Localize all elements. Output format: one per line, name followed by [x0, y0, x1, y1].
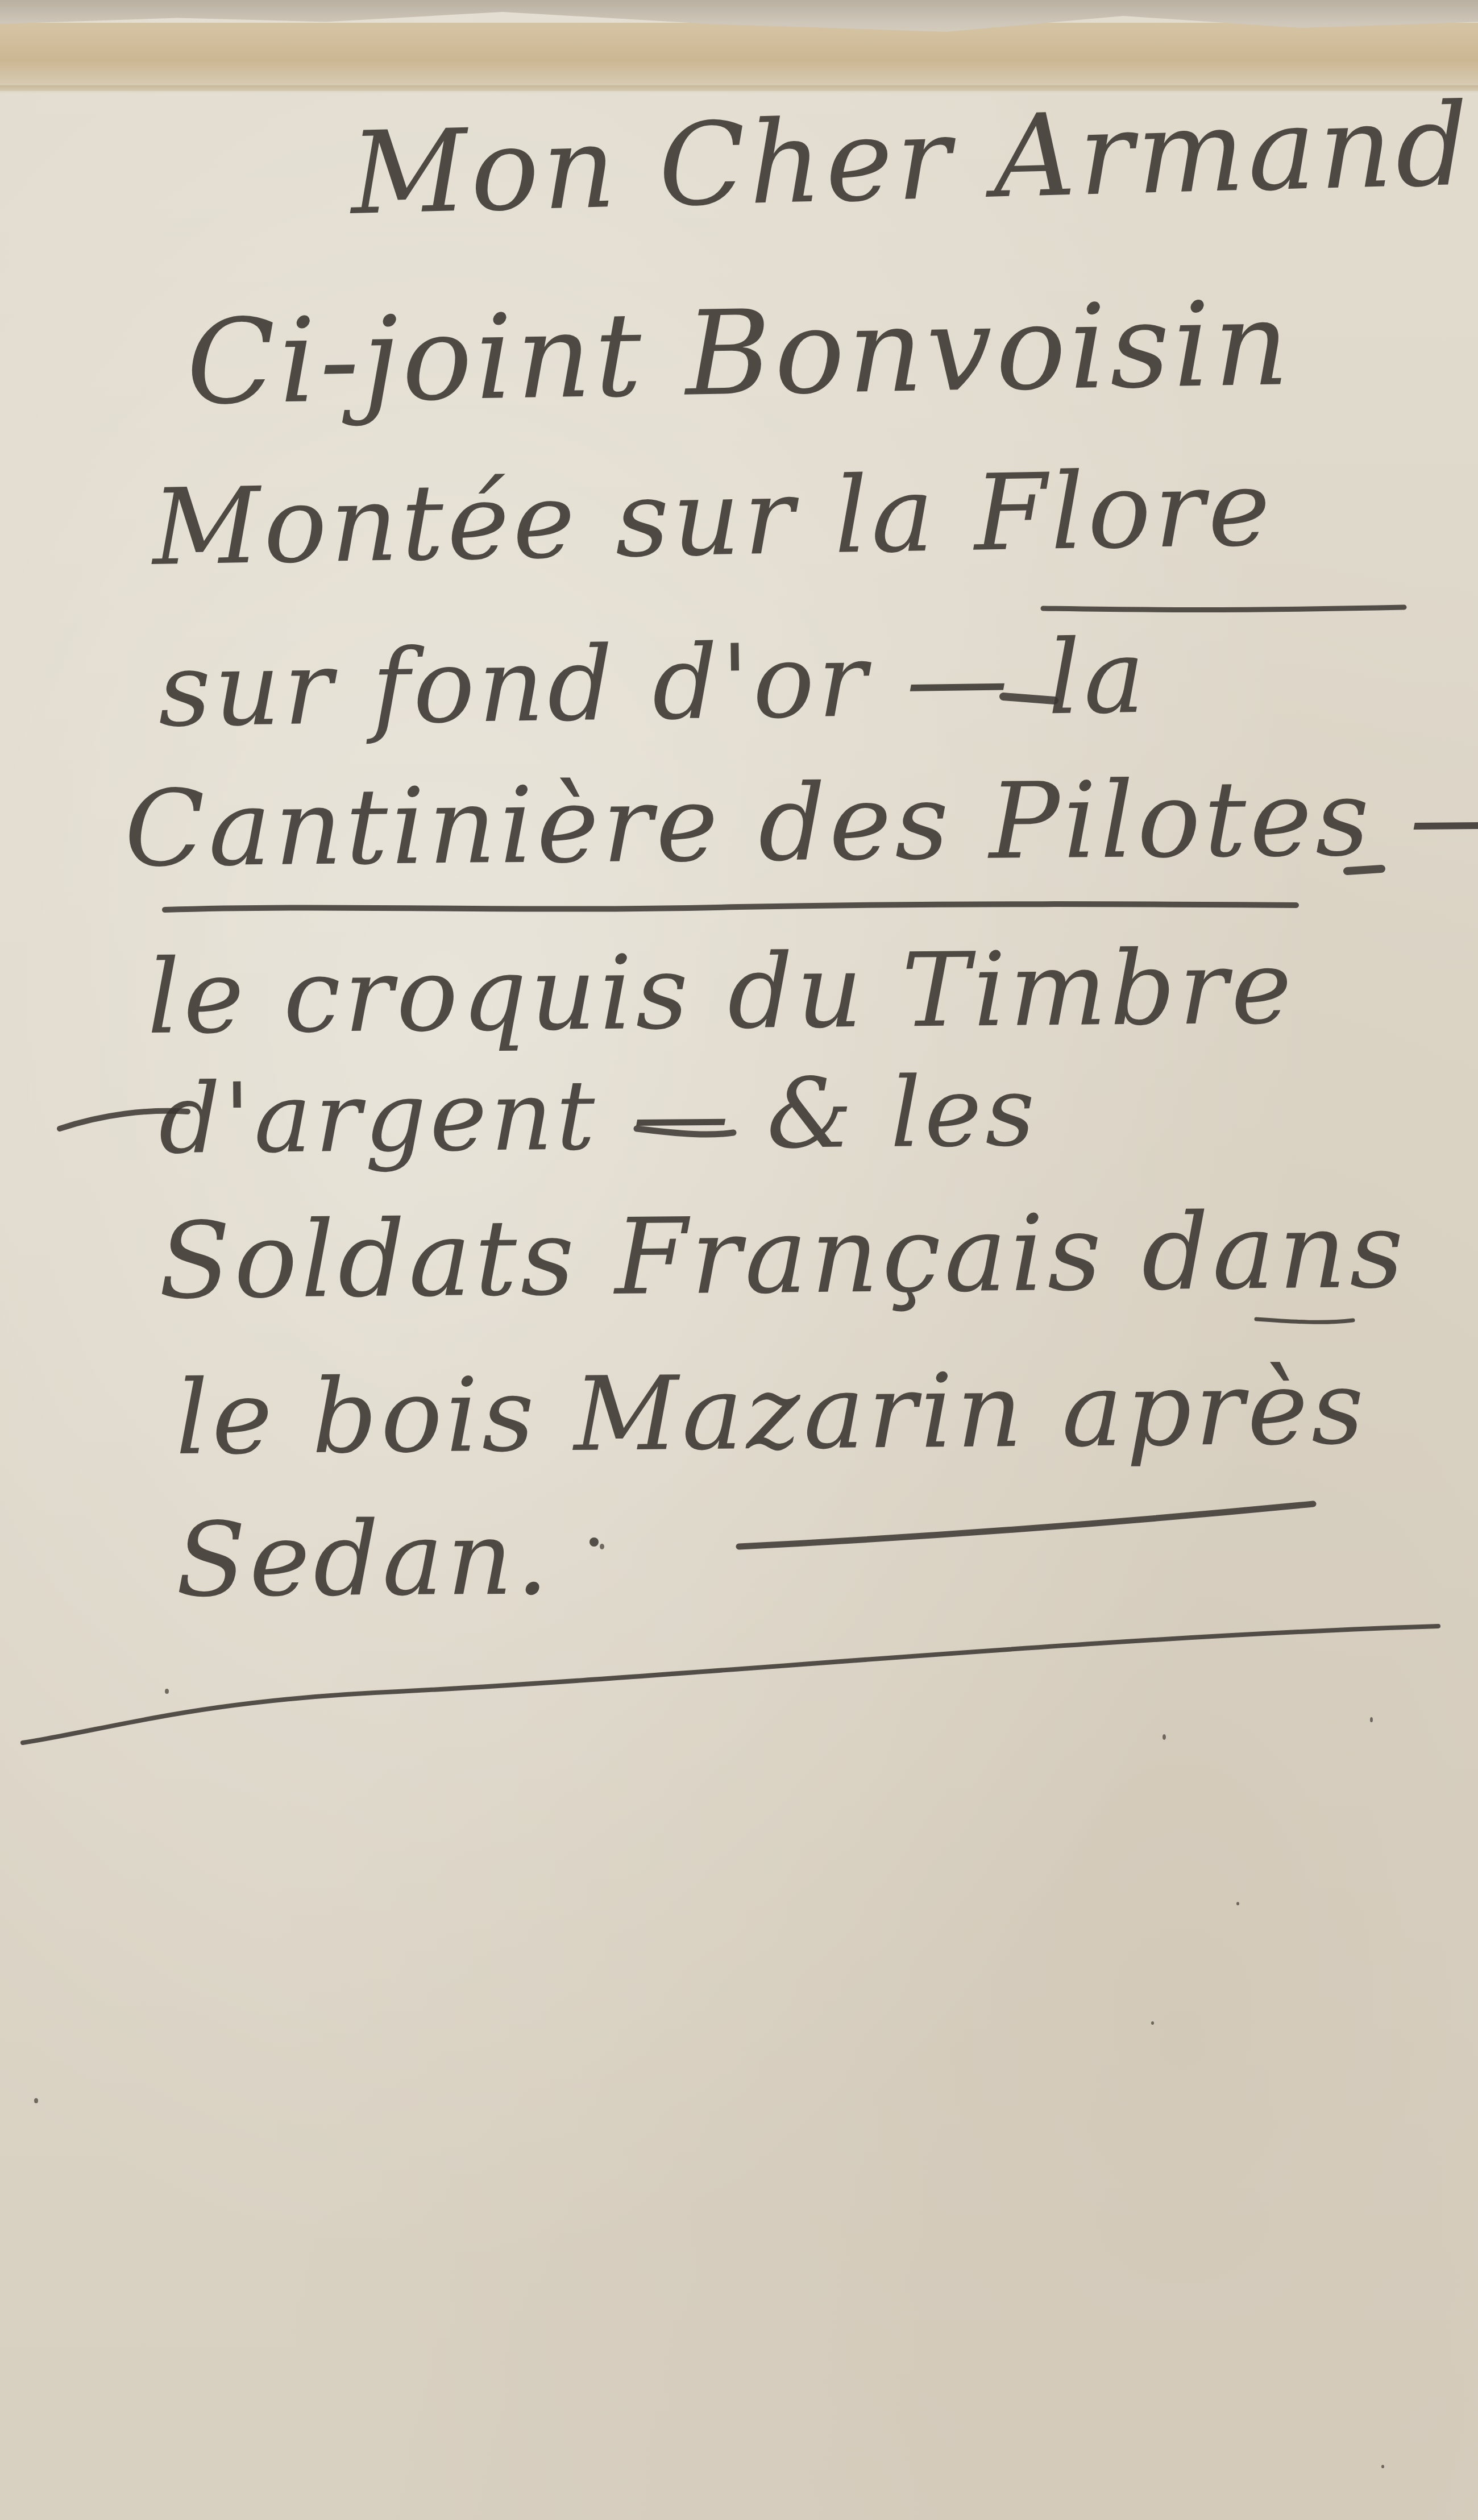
paper-speck [1163, 1734, 1166, 1740]
letter-line-3: Montée sur la Flore [151, 447, 1274, 589]
mounting-hinge-band [0, 23, 1478, 91]
paper-speck [1381, 2465, 1384, 2468]
letter-line-9: le bois Mazarin après [175, 1349, 1368, 1478]
paper-speck [1370, 1717, 1373, 1722]
paper-speck [1236, 1902, 1239, 1905]
letter-line-10: Sedan. [176, 1499, 553, 1620]
letter-line-8: Soldats Français dans [158, 1189, 1408, 1323]
paper-speck [34, 2098, 38, 2103]
letter-line-6: le croquis du Timbre [147, 928, 1296, 1057]
letter-line-5: Cantinière des Pilotes — [124, 756, 1478, 890]
paper-speck [165, 1689, 169, 1694]
letter-line-2: Ci-joint Bonvoisin [185, 276, 1293, 431]
paper-speck [600, 1544, 604, 1549]
letter-line-4: sur fond d'or — la [157, 617, 1149, 750]
letter-line-7: d'argent — & les [158, 1056, 1039, 1176]
paper-speck [1151, 2021, 1154, 2025]
